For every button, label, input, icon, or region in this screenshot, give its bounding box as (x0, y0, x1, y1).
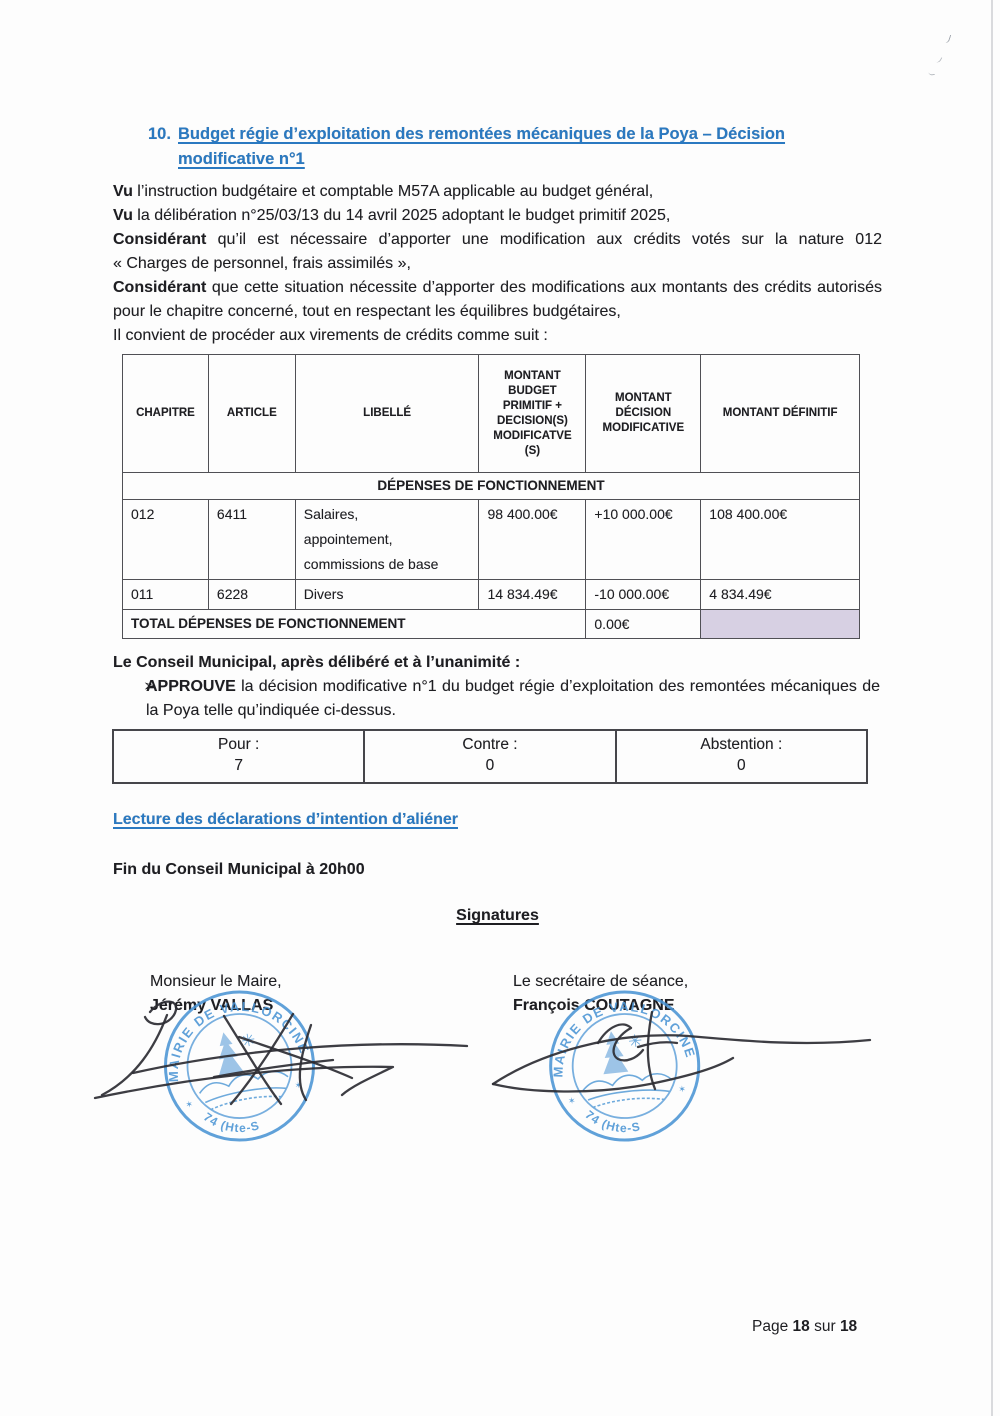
vote-value: 0 (617, 755, 866, 776)
paragraph-vu-2: Vu la délibération n°25/03/13 du 14 avri… (113, 204, 882, 228)
total-row: TOTAL DÉPENSES DE FONCTIONNEMENT 0.00€ (123, 610, 860, 639)
section-band-row: DÉPENSES DE FONCTIONNEMENT (123, 473, 860, 500)
table-row: 011 6228 Divers 14 834.49€ -10 000.00€ 4… (123, 580, 860, 610)
vote-cell-contre: Contre : 0 (364, 730, 615, 783)
col-header-article: ARTICLE (208, 355, 295, 473)
deliberation-bullet-text: APPROUVE la décision modificative n°1 du… (146, 675, 882, 723)
secretary-signature (493, 1012, 870, 1092)
vote-value: 7 (114, 755, 363, 776)
section-number: 10. (148, 122, 178, 172)
paragraph-intro-table: Il convient de procéder aux virements de… (113, 324, 882, 348)
paragraph-considerant-2: Considérant que cette situation nécessit… (113, 276, 882, 324)
cell-article: 6228 (208, 580, 295, 610)
lecture-heading: Lecture des déclarations d’intention d’a… (113, 808, 882, 832)
paragraph-considerant-1: Considérant qu’il est nécessaire d’appor… (113, 228, 882, 252)
fin-line: Fin du Conseil Municipal à 20h00 (113, 858, 882, 882)
total-label: TOTAL DÉPENSES DE FONCTIONNEMENT (123, 610, 586, 639)
scan-artifact (928, 70, 935, 76)
col-header-montant-def: MONTANT DÉFINITIF (701, 355, 860, 473)
cell-chapitre: 012 (123, 500, 209, 580)
vote-label: Contre : (365, 734, 614, 755)
table-row: 012 6411 Salaires, appointement, commiss… (123, 500, 860, 580)
cell-montant-dm: +10 000.00€ (586, 500, 701, 580)
deliberation-intro: Le Conseil Municipal, après délibéré et … (113, 651, 882, 675)
footer-word-page: Page (752, 1318, 788, 1335)
col-header-libelle: LIBELLÉ (295, 355, 479, 473)
cell-montant-bp: 98 400.00€ (479, 500, 586, 580)
scan-artifact (943, 33, 951, 43)
col-header-montant-dm: MONTANT DÉCISION MODIFICATIVE (586, 355, 701, 473)
arrow-bullet-icon: ➢ (113, 675, 146, 723)
section-title: Budget régie d’exploitation des remontée… (178, 122, 785, 172)
section-heading: 10. Budget régie d’exploitation des remo… (148, 122, 882, 172)
page-footer: Page 18 sur 18 (752, 1318, 857, 1336)
mayor-signature (95, 1002, 467, 1104)
signatures-title: Signatures (113, 904, 882, 928)
total-montant-def-shaded-cell (701, 610, 860, 639)
footer-word-sur: sur (814, 1318, 836, 1335)
cell-montant-def: 108 400.00€ (701, 500, 860, 580)
vote-cell-pour: Pour : 7 (113, 730, 364, 783)
budget-table: CHAPITRE ARTICLE LIBELLÉ MONTANT BUDGET … (122, 354, 860, 639)
vote-table: Pour : 7 Contre : 0 Abstention : 0 (112, 729, 868, 784)
footer-page-total: 18 (840, 1318, 857, 1335)
vote-label: Pour : (114, 734, 363, 755)
cell-montant-def: 4 834.49€ (701, 580, 860, 610)
vote-cell-abstention: Abstention : 0 (616, 730, 867, 783)
budget-table-header-row: CHAPITRE ARTICLE LIBELLÉ MONTANT BUDGET … (123, 355, 860, 473)
cell-libelle: Divers (295, 580, 479, 610)
total-montant-dm: 0.00€ (586, 610, 701, 639)
cell-article: 6411 (208, 500, 295, 580)
handwritten-signatures (0, 985, 1000, 1160)
document-page: 10. Budget régie d’exploitation des remo… (0, 0, 1000, 1416)
cell-montant-bp: 14 834.49€ (479, 580, 586, 610)
vote-label: Abstention : (617, 734, 866, 755)
vote-row: Pour : 7 Contre : 0 Abstention : 0 (113, 730, 867, 783)
deliberation-bullet: ➢ APPROUVE la décision modificative n°1 … (113, 675, 882, 723)
section-band-label: DÉPENSES DE FONCTIONNEMENT (123, 473, 860, 500)
paragraph-vu-1: Vu l’instruction budgétaire et comptable… (113, 180, 882, 204)
scan-edge-artifact (991, 0, 993, 1416)
col-header-chapitre: CHAPITRE (123, 355, 209, 473)
scan-artifact (935, 55, 943, 64)
footer-page-number: 18 (793, 1318, 810, 1335)
cell-chapitre: 011 (123, 580, 209, 610)
col-header-montant-bp: MONTANT BUDGET PRIMITIF + DECISION(S) MO… (479, 355, 586, 473)
cell-libelle: Salaires, appointement, commissions de b… (295, 500, 479, 580)
paragraph-considerant-1-line2: « Charges de personnel, frais assimilés … (113, 252, 882, 276)
vote-value: 0 (365, 755, 614, 776)
document-content: 10. Budget régie d’exploitation des remo… (113, 122, 882, 1018)
cell-montant-dm: -10 000.00€ (586, 580, 701, 610)
